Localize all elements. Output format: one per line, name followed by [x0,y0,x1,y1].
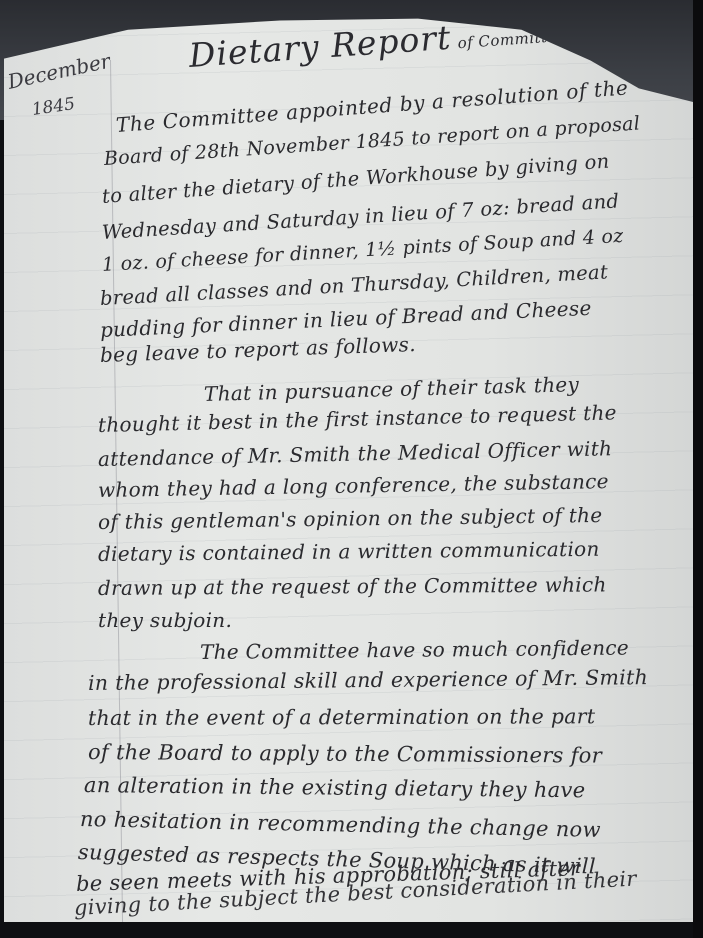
text-line: drawn up at the request of the Committee… [98,572,607,600]
text-line: in the professional skill and experience… [88,665,648,695]
margin-note-year: 1845 [31,94,77,120]
page-bottom-edge [0,922,703,938]
text-line: of this gentleman's opinion on the subje… [98,503,603,534]
text-line: no hesitation in recommending the change… [80,807,601,842]
text-line: that in the event of a determination on … [88,704,595,730]
text-line: whom they had a long conference, the sub… [98,469,609,502]
title-main: Dietary Report [188,18,453,75]
text-line: attendance of Mr. Smith the Medical Offi… [98,436,613,471]
text-line: dietary is contained in a written commun… [98,537,600,566]
text-line: an alteration in the existing dietary th… [84,773,586,802]
margin-note-month: December [6,49,113,94]
text-line: That in pursuance of their task they [204,372,580,406]
text-line: of the Board to apply to the Commissione… [88,740,602,768]
text-line: The Committee have so much confidence [200,636,629,664]
page-right-edge [693,0,703,938]
text-line: they subjoin. [98,608,232,632]
text-line: thought it best in the first instance to… [98,400,617,437]
manuscript-page: Dietary Reportof Committee December 1845… [4,0,694,930]
